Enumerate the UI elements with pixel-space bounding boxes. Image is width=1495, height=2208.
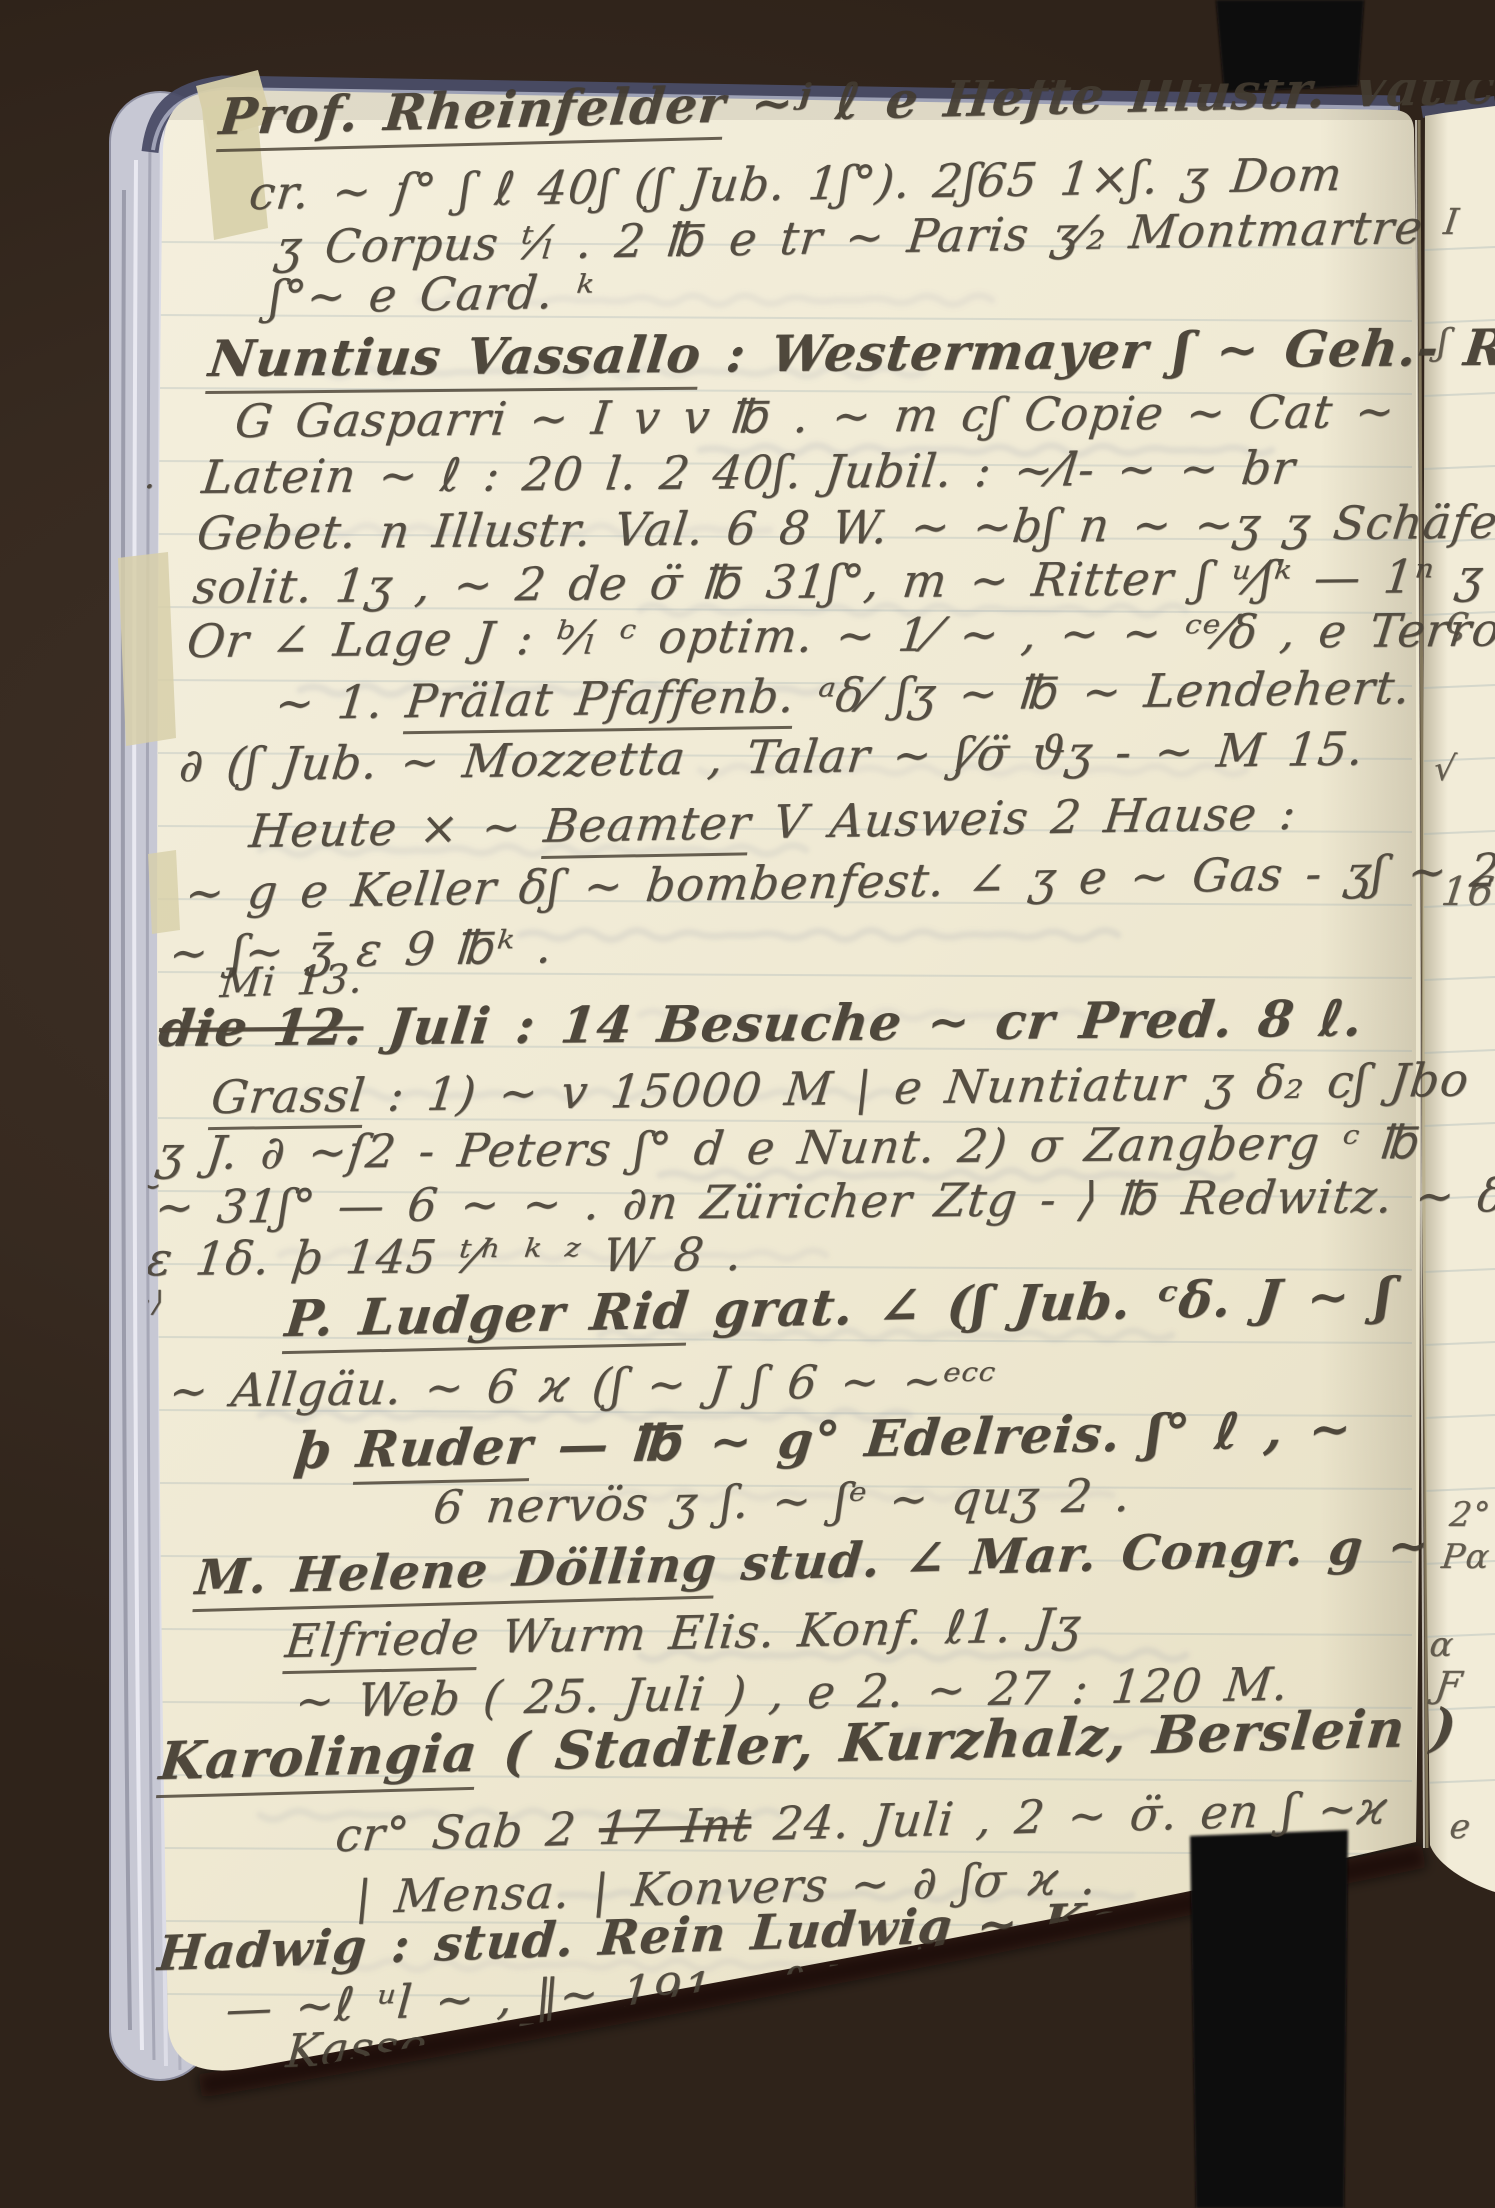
handwritten-line: 6 nervös ʒ ʃ. ∼ ʃᵉ ∼ quʒ 2 . (431, 1472, 1133, 1530)
adjacent-page-mark: I (1442, 205, 1462, 241)
adjacent-page-mark: 2° (1448, 1498, 1493, 1532)
handwriting-layer: Prof. Rheinfelder ∼ʲ ℓ e Hefte Illustr. … (0, 0, 1495, 2208)
handwritten-line: cr° Sab 2 17 Int 24. Juli , 2 ∼ σ̈. en ʃ… (334, 1784, 1390, 1858)
handwritten-line: ∼ 1. Prälat Pfaffenb. ᵃδ⁄ ʃʒ ∼ ℔ ∼ Lende… (273, 664, 1413, 726)
handwritten-line: G Gasparri ∼ I v v ℔ . ∼ m cʃ Copie ∼ Ca… (233, 388, 1398, 444)
handwritten-line: ∼ Allgäu. ∼ 6 ϰ (ʃ ∼ J ʃ 6 ∼ ∼ᵉᶜᶜ (167, 1356, 998, 1414)
adjacent-page-mark: e (1448, 1810, 1473, 1844)
adjacent-page-mark: √ (1432, 752, 1459, 786)
handwritten-line: M. Helene Dölling stud. ∠ Mar. Congr. g … (193, 1522, 1431, 1602)
handwritten-line: Grassl : 1) ∼ v 15000 M | e Nuntiatur ʒ … (209, 1056, 1472, 1120)
adjacent-page-mark: α (1428, 1628, 1456, 1662)
handwritten-line: solit. 1ʒ , ∼ 2 de σ̈ ℔ 31ʃ°, m ∼ Ritter… (191, 552, 1495, 610)
adjacent-page-mark: Pα (1440, 1540, 1492, 1574)
adjacent-page-mark: 16 (1439, 872, 1495, 912)
handwritten-line: Heute × ∼ Beamter V Ausweis 2 Hause : (247, 790, 1299, 854)
adjacent-page-mark: Ƒ (1434, 1668, 1464, 1704)
notebook-photo: Prof. Rheinfelder ∼ʲ ℓ e Hefte Illustr. … (0, 0, 1495, 2208)
handwritten-line: ∼ 31ʃ° — 6 ∼ ∼ . ∂n Züricher Ztg - ⟩ ℔ R… (153, 1171, 1495, 1230)
handwritten-line: ʒ J. ∂ ∼ſ2 - Peters ʃ° d e Nunt. 2) σ Za… (155, 1119, 1424, 1176)
handwritten-line: ∂ (ʃ Jub. ∼ Mozzetta , Talar ∼ ʃ⁄σ̈ ϑʒ -… (177, 725, 1366, 788)
handwritten-line: ʃ°∼ e Card. ᵏ (267, 268, 596, 320)
adjacent-page-mark: ς (1443, 600, 1471, 640)
handwritten-line: þ Ruder — ℔ ∼ g° Edelreis. ʃ° ℓ , ∼ (293, 1404, 1355, 1476)
bookmark-ribbon-top (1216, 0, 1364, 92)
handwritten-line: Elfriede Wurm Elis. Konf. ℓ1. Jʒ (283, 1601, 1083, 1664)
handwritten-line: ε 1δ. þ 145 ᵗ⁄ʰ ᵏ ᶻ W 8 . (145, 1231, 745, 1282)
handwritten-line: Gebet. n Illustr. Val. 6 8 W. ∼ ∼bʃ n ∼ … (195, 498, 1495, 556)
handwritten-line: die 12. Juli : 14 Besuche ∼ cr Pred. 8 ℓ… (156, 993, 1365, 1054)
handwritten-line: Latein ∼ ℓ : 20 l. 2 40ʃ. Jubil. : ∼⁄l- … (200, 444, 1298, 500)
handwritten-line: Nuntius Vassallo : Westermayer ʃ ∼ Geh.-… (206, 323, 1495, 385)
handwritten-line: Or ∠ Lage J : ᵇ⁄ₗ ᶜ optim. ∼ 1⁄ ∼ , ∼ ∼ … (185, 606, 1495, 664)
handwritten-line: ∼ g e Keller δʃ ∼ bombenfest. ∠ ʒ e ∼ Ga… (183, 846, 1495, 916)
